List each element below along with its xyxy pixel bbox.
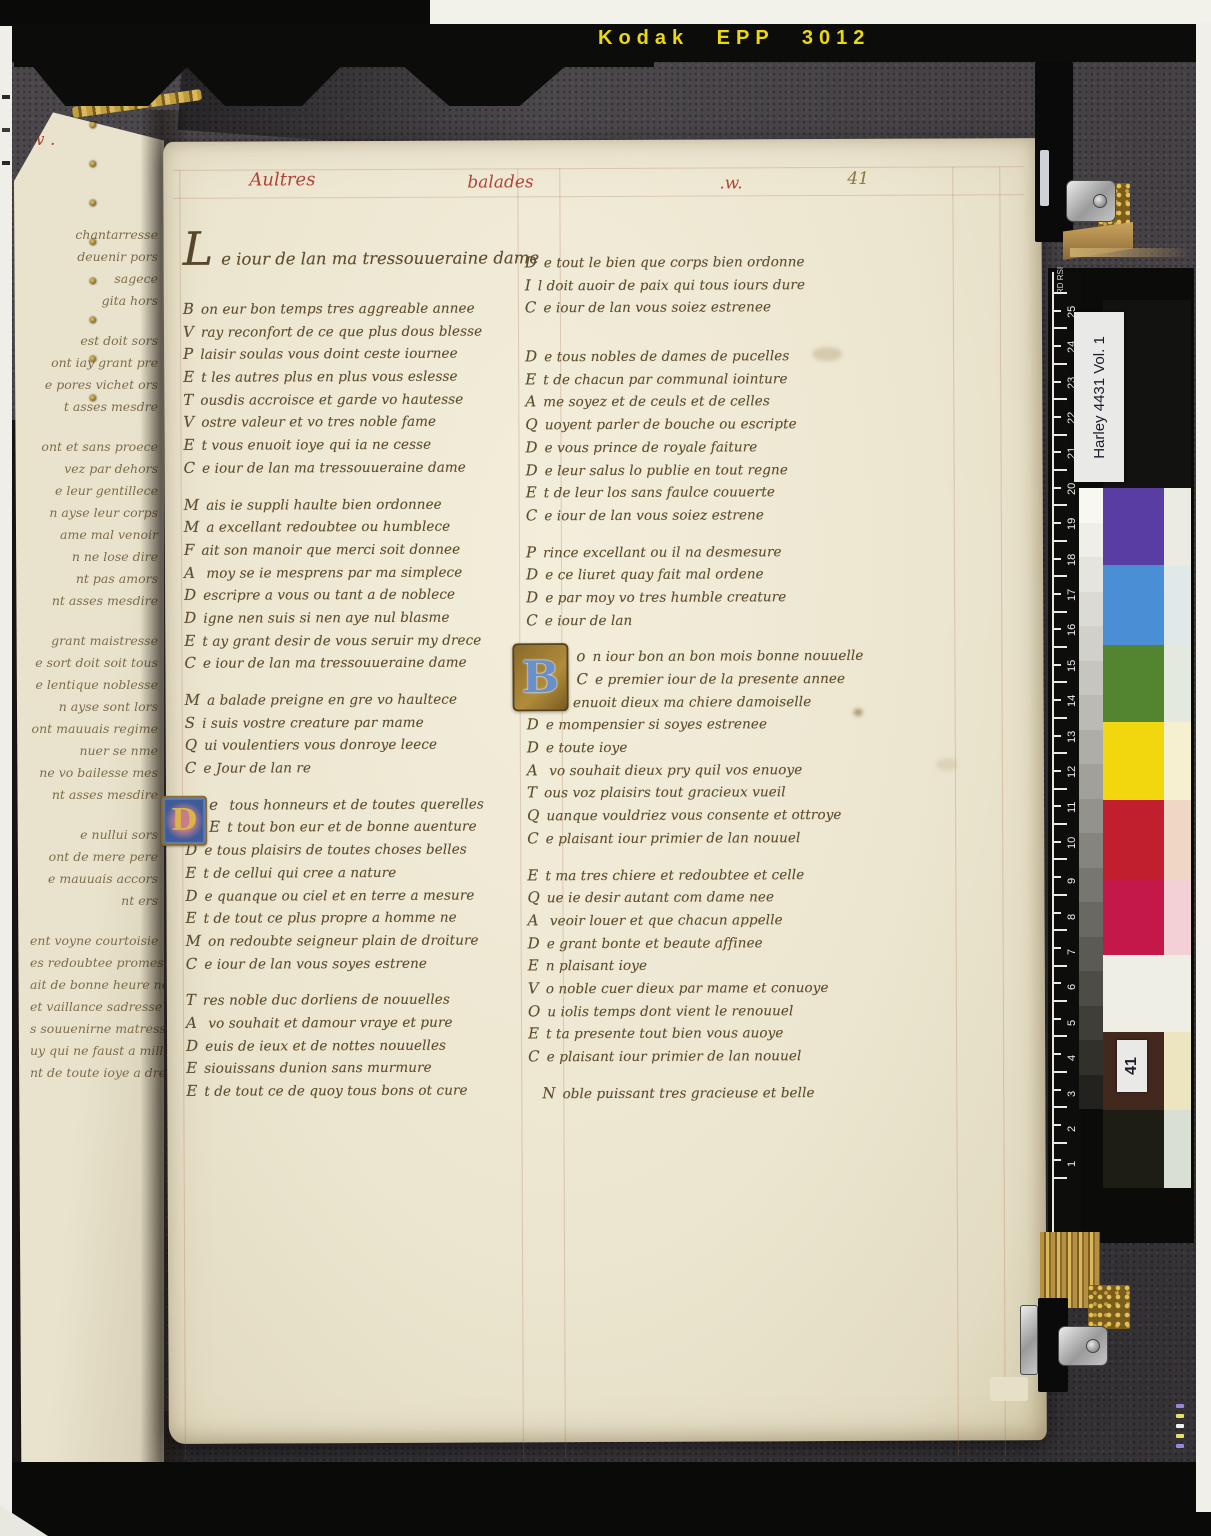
manuscript-line: Deuis de ieux et de nottes nouuelles <box>186 1033 543 1057</box>
clip-bar-bottom <box>1020 1305 1038 1375</box>
ruler-tick <box>1054 1053 1061 1055</box>
strap-label <box>1040 150 1049 206</box>
clip-rivet <box>1086 1339 1100 1353</box>
facing-page-fragment: n ayse leur corps <box>30 502 158 524</box>
grayscale-step <box>1079 626 1103 661</box>
color-tint-red <box>1164 800 1191 880</box>
facing-page-fragment: ait de bonne heure nee <box>30 974 158 996</box>
facing-page-fragment: vez par dehors <box>30 458 158 480</box>
color-tint-dark-olive <box>1164 1110 1191 1188</box>
ruler-tick <box>1054 363 1067 365</box>
gilt-boss <box>90 161 96 167</box>
ruler-tick <box>1054 540 1067 542</box>
manuscript-line: e tous honneurs et de toutes querelles <box>185 792 542 816</box>
grayscale-step <box>1079 971 1103 1006</box>
film-edge-tick <box>2 128 10 132</box>
ruler-tick <box>1054 717 1067 719</box>
stanza: De tous honneurs et de toutes querellesE… <box>185 792 542 975</box>
color-patch-row-purple <box>1103 488 1191 565</box>
ruling-line <box>173 194 1023 199</box>
ruler-number: 13 <box>1066 727 1078 743</box>
ruler-tick <box>1054 982 1061 984</box>
ruler-number: 4 <box>1066 1045 1078 1061</box>
color-tint-yellow <box>1164 722 1191 800</box>
manuscript-line: Qui voulentiers vous donroye leece <box>185 733 542 757</box>
manuscript-line: Et les autres plus en plus vous eslesse <box>183 364 540 388</box>
ruler-tick <box>1054 593 1061 595</box>
manuscript-line: Ce iour de lan vous soiez estrene <box>526 503 863 527</box>
manuscript-line: Et de chacun par communal iointure <box>525 367 862 391</box>
gilt-boss <box>90 395 96 401</box>
color-tint-white <box>1164 955 1191 1032</box>
folio-number: 41 <box>847 169 869 189</box>
manuscript-line: De tous plaisirs de toutes choses belles <box>185 837 542 861</box>
manuscript-line: Ou iolis temps dont vient le renouuel <box>528 998 865 1022</box>
gilt-boss <box>90 317 96 323</box>
ruler-number: 9 <box>1066 868 1078 884</box>
stanza: De tous nobles de dames de pucellesEt de… <box>525 344 863 527</box>
grayscale-step <box>1079 592 1103 627</box>
shelfmark-sticker: Harley 4431 Vol. 1 <box>1074 312 1124 482</box>
ruler-tick <box>1054 487 1061 489</box>
color-patch-row-red <box>1103 800 1191 880</box>
ruler-tick <box>1054 646 1067 648</box>
fragment-gap <box>30 612 158 630</box>
ruler-number: 8 <box>1066 904 1078 920</box>
color-patch-row-blue <box>1103 565 1191 645</box>
facing-page-fragment: uy qui ne faust a mille <box>30 1040 158 1062</box>
facing-page-fragment: ame mal venoir <box>30 524 158 546</box>
manuscript-line: Et de cellui qui cree a nature <box>185 860 542 884</box>
manuscript-line: Prince excellant ou il na desmesure <box>526 539 863 563</box>
color-patch-crimson <box>1103 880 1164 955</box>
stanza: Ma balade preigne en gre vo haulteceSi s… <box>185 687 542 779</box>
facing-page-fragment: nuer se nme <box>30 740 158 762</box>
ruler-number: 19 <box>1066 514 1078 530</box>
grayscale-step <box>1079 695 1103 730</box>
film-edge-tick <box>2 95 10 99</box>
grayscale-step <box>1079 799 1103 834</box>
ink-stain <box>854 709 863 716</box>
manuscript-line: Vo noble cuer dieux par mame et conuoye <box>528 976 865 1000</box>
ruler-number: 14 <box>1066 691 1078 707</box>
facing-page-fragment: e leur gentillece <box>30 480 158 502</box>
manuscript-line: Noble puissant tres gracieuse et belle <box>542 1081 865 1105</box>
manuscript-line: Si suis vostre creature par mame <box>185 710 542 734</box>
grayscale-step <box>1079 1075 1103 1110</box>
manuscript-line: A vo souhait et damour vraye et pure <box>186 1010 543 1034</box>
page-corner <box>990 1377 1028 1401</box>
manuscript-line: on iour bon an bon mois bonne nouuelle <box>526 644 863 668</box>
ruler-tick <box>1054 1000 1067 1002</box>
ruling-line <box>999 166 1006 1456</box>
manuscript-line: Et tout bon eur et de bonne auenture <box>185 815 542 839</box>
manuscript-line: Ce iour de lan ma tressouueraine dame <box>184 455 541 479</box>
ruler-tick <box>1054 929 1067 931</box>
parchment-smudge <box>936 758 958 770</box>
ruler-number: 12 <box>1066 762 1078 778</box>
color-patch-row-yellow <box>1103 722 1191 800</box>
film-edge-white-left <box>0 26 12 1536</box>
manuscript-page: Aultres balades .w. 41 Le iour de lan ma… <box>163 138 1047 1444</box>
ruler-number: 16 <box>1066 620 1078 636</box>
manuscript-line: A moy se ie mesprens par ma simplece <box>184 560 541 584</box>
grayscale-step <box>1079 833 1103 868</box>
ruler-tick <box>1054 310 1061 312</box>
grayscale-step <box>1079 557 1103 592</box>
manuscript-line: Ce plaisant iour primier de lan nouuel <box>527 826 864 850</box>
facing-page-fragment: e lentique noblesse <box>30 674 158 696</box>
metal-clip-bottom <box>1058 1326 1108 1366</box>
ruler-tick <box>1054 469 1067 471</box>
grayscale-step <box>1079 1006 1103 1041</box>
manuscript-line: Ame soyez et de ceuls et de celles <box>525 389 862 413</box>
manuscript-line: Ma excellant redoubtee ou humblece <box>184 514 541 538</box>
clip-rivet <box>1093 194 1107 208</box>
film-border-top-left <box>0 0 430 26</box>
manuscript-line: De quanque ou ciel et en terre a mesure <box>185 883 542 907</box>
gilt-boss <box>90 122 96 128</box>
ruler-tick <box>1054 451 1061 453</box>
manuscript-line: Fait son manoir que merci soit donnee <box>184 537 541 561</box>
grayscale-step <box>1079 730 1103 765</box>
ruler-number: 3 <box>1066 1081 1078 1097</box>
ruler-tick <box>1054 1106 1067 1108</box>
manuscript-line: Bon eur bon temps tres aggreable annee <box>183 296 540 320</box>
ruler-number: 7 <box>1066 939 1078 955</box>
film-edge-markings <box>1176 1398 1184 1454</box>
ruler-tick <box>1054 965 1067 967</box>
manuscript-line: De par moy vo tres humble creature <box>526 585 863 609</box>
manuscript-line: Ce iour de lan ma tressouueraine dame <box>184 651 541 675</box>
manuscript-line: De toute ioye <box>527 735 864 759</box>
parchment-smudge <box>812 347 842 361</box>
ruler-tick <box>1054 1089 1061 1091</box>
ruler-tick <box>1054 327 1067 329</box>
stanza: Prince excellant ou il na desmesureDe ce… <box>526 539 863 631</box>
manuscript-line: Vostre valeur et vo tres noble fame <box>183 410 540 434</box>
stanza: Tres noble duc dorliens de nouuellesA vo… <box>186 988 543 1103</box>
manuscript-line: Ce Jour de lan re <box>185 755 542 779</box>
film-photograph: w . chantarressedeuenir porssagecegita h… <box>0 0 1211 1536</box>
ruler-number: 11 <box>1066 797 1078 813</box>
folio-sticker: 41 <box>1117 1040 1147 1092</box>
facing-page-fragment: e mauuais accors <box>30 868 158 890</box>
ruler-tick <box>1054 345 1061 347</box>
manuscript-line: Tres noble duc dorliens de nouuelles <box>186 988 543 1012</box>
manuscript-line: De tout le bien que corps bien ordonne <box>525 250 862 274</box>
manuscript-line: De tous nobles de dames de pucelles <box>525 344 862 368</box>
manuscript-line: Ce iour de lan vous soiez estrenee <box>525 295 862 319</box>
poem-title-line: Le iour de lan ma tressouueraine dame <box>183 222 540 276</box>
facing-page-fragment: e nullui sors <box>30 824 158 846</box>
manuscript-line: Que ie desir autant com dame nee <box>527 885 864 909</box>
illuminated-initial-b: B <box>512 643 568 711</box>
manuscript-line: Vray reconfort de ce que plus dous bless… <box>183 319 540 343</box>
color-patch-row-crimson <box>1103 880 1191 955</box>
film-edge-mark <box>1176 1414 1184 1418</box>
ruler-tick <box>1054 699 1061 701</box>
manuscript-line: Plaisir soulas vous doint ceste iournee <box>183 342 540 366</box>
manuscript-line: Et de tout ce de quoy tous bons ot cure <box>186 1078 543 1102</box>
ruler-tick <box>1054 558 1061 560</box>
color-patch-row-green <box>1103 645 1191 722</box>
stanza: Et ma tres chiere et redoubtee et celleQ… <box>527 862 865 1068</box>
manuscript-line: Ce iour de lan <box>526 607 863 631</box>
manuscript-line: Tousdis accroisce et garde vo hautesse <box>183 387 540 411</box>
ruler-tick <box>1054 823 1067 825</box>
manuscript-line: De grant bonte et beaute affinee <box>528 930 865 954</box>
gilt-boss <box>90 239 96 245</box>
facing-page-fragment: n ayse sont lors <box>30 696 158 718</box>
grayscale-step <box>1079 902 1103 937</box>
manuscript-line: Il doit auoir de paix qui tous iours dur… <box>525 273 862 297</box>
ruler-tick <box>1054 381 1061 383</box>
ruling-line <box>952 166 959 1456</box>
color-tint-blue <box>1164 565 1191 645</box>
manuscript-line: Et de tout ce plus propre a homme ne <box>186 905 543 929</box>
gilt-gauffered-edge-bottom <box>1088 1285 1130 1329</box>
grayscale-wedge <box>1079 488 1103 1109</box>
ruler-tick <box>1054 788 1067 790</box>
stanza: Bon iour bon an bon mois bonne nouuelleC… <box>526 644 864 850</box>
facing-page-fragment: ent voyne courtoisie <box>30 930 158 952</box>
color-patch-dark-olive <box>1103 1110 1164 1188</box>
header-rubric-center: balades <box>467 172 533 192</box>
manuscript-line: En plaisant ioye <box>528 953 865 977</box>
ruler-top-label: RD RSI <box>1056 267 1065 294</box>
manuscript-line: Ce iour de lan vous soyes estrene <box>186 951 543 975</box>
film-edge-white-top <box>420 0 1211 24</box>
facing-page-fragment: nt ers <box>30 890 158 912</box>
color-patch-blue <box>1103 565 1164 645</box>
ruler-tick <box>1054 398 1067 400</box>
facing-page-fragment: nt pas amors <box>30 568 158 590</box>
manuscript-line: Et ay grant desir de vous seruir my drec… <box>184 628 541 652</box>
color-patch-green <box>1103 645 1164 722</box>
manuscript-line: Tous voz plaisirs tout gracieux vueil <box>527 780 864 804</box>
ruler-number: 5 <box>1066 1010 1078 1026</box>
ruler-tick <box>1054 752 1067 754</box>
color-patch-row-white <box>1103 955 1191 1032</box>
manuscript-line: Et de leur los sans faulce couuerte <box>526 480 863 504</box>
illuminated-initial-d: D <box>161 795 207 845</box>
ruler-number: 18 <box>1066 550 1078 566</box>
ruler-tick <box>1054 876 1061 878</box>
grayscale-step <box>1079 523 1103 558</box>
manuscript-line: Et vous enuoit ioye qui ia ne cesse <box>183 432 540 456</box>
color-patch-yellow <box>1103 722 1164 800</box>
film-edge-mark <box>1176 1424 1184 1428</box>
manuscript-line: Ce premier iour de la presente annee <box>526 667 863 691</box>
color-tint-green <box>1164 645 1191 722</box>
header-rubric-left: Aultres <box>249 169 315 190</box>
manuscript-line: Descripre a vous ou tant a de noblece <box>184 583 541 607</box>
facing-page-fragment: es redoubtee promesse <box>30 952 158 974</box>
ruler-number: 6 <box>1066 974 1078 990</box>
ruler-tick <box>1054 735 1061 737</box>
ruler-tick <box>1054 1124 1061 1126</box>
manuscript-line: De leur salus lo publie en tout regne <box>526 457 863 481</box>
color-patch-row-dark-olive <box>1103 1110 1191 1188</box>
ruler-number: 2 <box>1066 1116 1078 1132</box>
stanza: Mais ie suppli haulte bien ordonneeMa ex… <box>184 492 541 675</box>
ruler-tick <box>1054 522 1061 524</box>
shelfmark-label: Harley 4431 Vol. 1 <box>1091 336 1108 459</box>
ruler-tick <box>1054 1071 1067 1073</box>
ruler-tick <box>1054 770 1061 772</box>
fragment-gap <box>30 912 158 930</box>
facing-page-fragment: ont et sans proece <box>30 436 158 458</box>
manuscript-line: De mompensier si soyes estrenee <box>527 712 864 736</box>
ruler-tick <box>1054 1035 1067 1037</box>
ruler-number: 15 <box>1066 656 1078 672</box>
grayscale-step <box>1079 937 1103 972</box>
metal-clip-top <box>1066 180 1116 222</box>
stanza: Noble puissant tres gracieuse et belle <box>528 1081 865 1105</box>
stanza: Bon eur bon temps tres aggreable anneeVr… <box>183 296 540 479</box>
grayscale-step <box>1079 868 1103 903</box>
facing-page-fragment: nt asses mesdire <box>30 590 158 612</box>
grayscale-step <box>1079 661 1103 696</box>
ruler-tick <box>1054 1018 1061 1020</box>
film-border-bottom <box>0 1462 1211 1536</box>
binding-bosses <box>90 122 96 434</box>
film-edge-mark <box>1176 1404 1184 1408</box>
facing-page-fragment: ont mauuais regime <box>30 718 158 740</box>
manuscript-line: Quanque vouldriez vous consente et ottro… <box>527 803 864 827</box>
manuscript-line: Ce plaisant iour primier de lan nouuel <box>528 1044 865 1068</box>
ruler-tick <box>1054 841 1061 843</box>
film-stock-label: Kodak EPP 3012 <box>598 27 938 55</box>
facing-page-fragment: ont de mere pere <box>30 846 158 868</box>
ruler-tick <box>1054 416 1061 418</box>
color-tint-black <box>1164 300 1191 488</box>
manuscript-line: Quoyent parler de bouche ou escripte <box>525 412 862 436</box>
manuscript-line: A veoir louer et que chacun appelle <box>528 908 865 932</box>
ruler-tick <box>1054 504 1067 506</box>
color-tint-crimson <box>1164 880 1191 955</box>
ruler-number: 17 <box>1066 585 1078 601</box>
ruler-tick <box>1054 912 1061 914</box>
ruler-tick <box>1054 575 1067 577</box>
ruler-number: 10 <box>1066 833 1078 849</box>
film-edge-tick <box>2 161 10 165</box>
gilt-boss <box>90 200 96 206</box>
ruler-tick <box>1054 681 1067 683</box>
gilt-boss <box>90 356 96 362</box>
ruler-number: 1 <box>1066 1151 1078 1167</box>
header-rubric-right: .w. <box>719 173 742 193</box>
facing-page-fragment: ne vo bailesse mes <box>30 762 158 784</box>
ruler-tick <box>1054 858 1067 860</box>
ruler-tick <box>1054 1142 1067 1144</box>
facing-page-fragment: grant maistresse <box>30 630 158 652</box>
text-column-right: De tout le bien que corps bien ordonneIl… <box>525 250 866 1119</box>
manuscript-line: Digne nen suis si nen aye nul blasme <box>184 605 541 629</box>
ruler-tick <box>1054 947 1061 949</box>
facing-page-fragment: nt asses mesdire <box>30 784 158 806</box>
color-tint-purple <box>1164 488 1191 565</box>
folio-sticker-label: 41 <box>1123 1057 1141 1075</box>
ruler-tick <box>1054 1177 1067 1179</box>
book-edge-streak <box>1070 248 1192 257</box>
facing-page-fragment: e sort doit soit tous <box>30 652 158 674</box>
color-tint-brown <box>1164 1032 1191 1110</box>
facing-page-fragment: n ne lose dire <box>30 546 158 568</box>
film-edge-white-right <box>1196 22 1211 1512</box>
ruler-tick <box>1054 434 1067 436</box>
ruler-tick <box>1054 805 1061 807</box>
film-edge-mark <box>1176 1444 1184 1448</box>
facing-page-fragment: et vaillance sadresse <box>30 996 158 1018</box>
grayscale-step <box>1079 488 1103 523</box>
ruler-tick <box>1054 292 1067 294</box>
stanza: De tout le bien que corps bien ordonneIl… <box>525 250 862 320</box>
ruler-tick <box>1054 894 1067 896</box>
ruler-tick <box>1054 628 1061 630</box>
film-edge-mark <box>1176 1434 1184 1438</box>
manuscript-line: Et ma tres chiere et redoubtee et celle <box>527 862 864 886</box>
text-column-left: Le iour de lan ma tressouueraine dame Bo… <box>183 222 543 1116</box>
manuscript-line: Esiouissans dunion sans murmure <box>186 1056 543 1080</box>
manuscript-line: Mon redoubte seigneur plain de droiture <box>186 928 543 952</box>
color-patch-white <box>1103 955 1164 1032</box>
color-patch-red <box>1103 800 1164 880</box>
manuscript-line: A vo souhait dieux pry quil vos enuoye <box>527 758 864 782</box>
grayscale-step <box>1079 764 1103 799</box>
grayscale-step <box>1079 1040 1103 1075</box>
facing-page-fragment: nt de toute ioye a dresse <box>30 1062 158 1084</box>
manuscript-line: Vous enuoit dieux ma chiere damoiselle <box>527 690 864 714</box>
fragment-gap <box>30 806 158 824</box>
manuscript-line: De ce liuret quay fait mal ordene <box>526 562 863 586</box>
color-patch-purple <box>1103 488 1164 565</box>
manuscript-line: Ma balade preigne en gre vo haultece <box>185 687 542 711</box>
ruler-tick <box>1054 1159 1061 1161</box>
facing-page-fragment: s souuenirne matresse <box>30 1018 158 1040</box>
manuscript-line: Mais ie suppli haulte bien ordonnee <box>184 492 541 516</box>
manuscript-line: De vous prince de royale faiture <box>525 435 862 459</box>
ruler-tick <box>1054 664 1061 666</box>
ruler-tick <box>1054 611 1067 613</box>
gilt-boss <box>90 278 96 284</box>
manuscript-line: Et ta presente tout bien vous auoye <box>528 1021 865 1045</box>
